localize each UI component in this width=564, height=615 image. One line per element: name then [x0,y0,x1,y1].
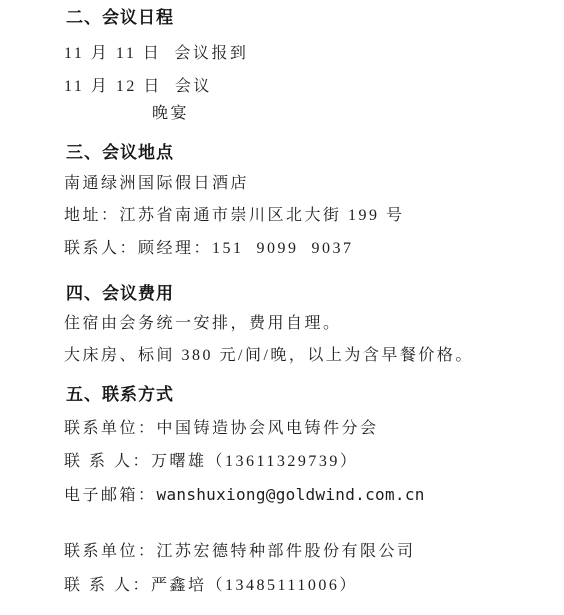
email-label: 电子邮箱： [64,487,157,504]
contact-org-line-1: 联系单位：中国铸造协会风电铸件分会 [64,419,379,439]
contact-person-line-2: 联 系 人：严鑫培（13485111006） [64,576,358,596]
agenda-date-line-2: 11 月 12 日 会议 [64,77,212,97]
venue-address-line: 地址：江苏省南通市崇川区北大街 199 号 [64,206,405,226]
fees-line-2: 大床房、标间 380 元/间/晚，以上为含早餐价格。 [64,346,474,366]
section-heading-venue: 三、会议地点 [66,143,174,163]
section-heading-fees: 四、会议费用 [66,284,174,304]
contact-email-line: 电子邮箱：wanshuxiong@goldwind.com.cn [64,485,425,506]
venue-contact-line: 联系人：顾经理：151 9099 9037 [64,239,354,259]
agenda-date-line-1: 11 月 11 日 会议报到 [64,44,248,64]
contact-person-line-1: 联 系 人：万曙雄（13611329739） [64,452,358,472]
contact-org-line-2: 联系单位：江苏宏德特种部件股份有限公司 [64,542,416,562]
email-address: wanshuxiong@goldwind.com.cn [157,485,425,504]
fees-line-1: 住宿由会务统一安排，费用自理。 [64,314,342,334]
section-heading-agenda: 二、会议日程 [66,8,174,28]
agenda-banquet-line: 晚宴 [152,104,189,124]
section-heading-contacts: 五、联系方式 [66,385,174,405]
venue-hotel-name: 南通绿洲国际假日酒店 [64,174,249,194]
document-page: 二、会议日程 11 月 11 日 会议报到 11 月 12 日 会议 晚宴 三、… [0,0,564,615]
